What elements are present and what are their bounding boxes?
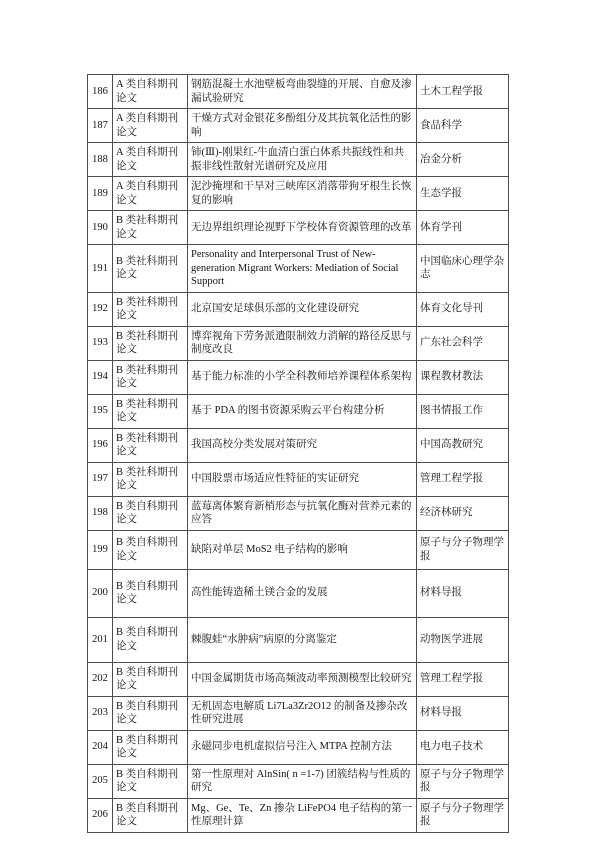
title-cell: 第一性原理对 AlnSin( n =1-7) 团簇结构与性质的研究 — [188, 764, 417, 798]
journal-cell: 广东社会科学 — [417, 326, 509, 360]
row-number: 203 — [88, 696, 113, 730]
row-number: 194 — [88, 360, 113, 394]
table-row: 190 B 类社科期刊论文 无边界组织理论视野下学校体育资源管理的改革 体育学刊 — [88, 211, 509, 245]
title-cell: 基于能力标准的小学全科教师培养课程体系架构 — [188, 360, 417, 394]
row-number: 188 — [88, 143, 113, 177]
title-cell: 干燥方式对金银花多酚组分及其抗氧化活性的影响 — [188, 109, 417, 143]
title-cell: 铈(Ⅲ)-刚果红-牛血清白蛋白体系共振线性和共振非线性散射光谱研究及应用 — [188, 143, 417, 177]
journal-cell: 冶金分析 — [417, 143, 509, 177]
row-number: 201 — [88, 617, 113, 662]
category-cell: B 类社科期刊论文 — [113, 245, 188, 293]
title-cell: 永磁同步电机虚拟信号注入 MTPA 控制方法 — [188, 730, 417, 764]
category-cell: B 类自科期刊论文 — [113, 696, 188, 730]
publications-table: 186 A 类自科期刊论文 钢筋混凝土水池壁板弯曲裂缝的开展、自愈及渗漏试验研究… — [87, 74, 509, 833]
row-number: 187 — [88, 109, 113, 143]
title-cell: 无边界组织理论视野下学校体育资源管理的改革 — [188, 211, 417, 245]
title-cell: 博弈视角下劳务派遣限制效力消解的路径反思与制度改良 — [188, 326, 417, 360]
journal-cell: 电力电子技术 — [417, 730, 509, 764]
category-cell: B 类社科期刊论文 — [113, 462, 188, 496]
journal-cell: 中国高教研究 — [417, 428, 509, 462]
row-number: 195 — [88, 394, 113, 428]
journal-cell: 经济林研究 — [417, 496, 509, 530]
category-cell: B 类自科期刊论文 — [113, 730, 188, 764]
table-row: 203 B 类自科期刊论文 无机固态电解质 Li7La3Zr2O12 的制备及掺… — [88, 696, 509, 730]
table-row: 191 B 类社科期刊论文 Personality and Interperso… — [88, 245, 509, 293]
journal-cell: 体育学刊 — [417, 211, 509, 245]
row-number: 186 — [88, 75, 113, 109]
journal-cell: 材料导报 — [417, 696, 509, 730]
table-row: 193 B 类社科期刊论文 博弈视角下劳务派遣限制效力消解的路径反思与制度改良 … — [88, 326, 509, 360]
title-cell: 北京国安足球俱乐部的文化建设研究 — [188, 292, 417, 326]
document-page: 186 A 类自科期刊论文 钢筋混凝土水池壁板弯曲裂缝的开展、自愈及渗漏试验研究… — [0, 0, 595, 842]
table-row: 186 A 类自科期刊论文 钢筋混凝土水池壁板弯曲裂缝的开展、自愈及渗漏试验研究… — [88, 75, 509, 109]
journal-cell: 原子与分子物理学报 — [417, 530, 509, 569]
journal-cell: 食品科学 — [417, 109, 509, 143]
journal-cell: 原子与分子物理学报 — [417, 798, 509, 832]
journal-cell: 土木工程学报 — [417, 75, 509, 109]
journal-cell: 动物医学进展 — [417, 617, 509, 662]
row-number: 200 — [88, 569, 113, 617]
title-cell: 中国股票市场适应性特征的实证研究 — [188, 462, 417, 496]
row-number: 191 — [88, 245, 113, 293]
row-number: 190 — [88, 211, 113, 245]
row-number: 198 — [88, 496, 113, 530]
category-cell: A 类自科期刊论文 — [113, 143, 188, 177]
title-cell: 无机固态电解质 Li7La3Zr2O12 的制备及掺杂改性研究进展 — [188, 696, 417, 730]
category-cell: B 类社科期刊论文 — [113, 326, 188, 360]
table-row: 204 B 类自科期刊论文 永磁同步电机虚拟信号注入 MTPA 控制方法 电力电… — [88, 730, 509, 764]
journal-cell: 课程教材教法 — [417, 360, 509, 394]
category-cell: B 类自科期刊论文 — [113, 798, 188, 832]
journal-cell: 中国临床心理学杂志 — [417, 245, 509, 293]
journal-cell: 材料导报 — [417, 569, 509, 617]
category-cell: B 类社科期刊论文 — [113, 428, 188, 462]
row-number: 206 — [88, 798, 113, 832]
title-cell: 缺陷对单层 MoS2 电子结构的影响 — [188, 530, 417, 569]
category-cell: B 类社科期刊论文 — [113, 211, 188, 245]
row-number: 189 — [88, 177, 113, 211]
category-cell: B 类自科期刊论文 — [113, 496, 188, 530]
table-row: 199 B 类自科期刊论文 缺陷对单层 MoS2 电子结构的影响 原子与分子物理… — [88, 530, 509, 569]
table-row: 197 B 类社科期刊论文 中国股票市场适应性特征的实证研究 管理工程学报 — [88, 462, 509, 496]
journal-cell: 图书情报工作 — [417, 394, 509, 428]
table-row: 196 B 类社科期刊论文 我国高校分类发展对策研究 中国高教研究 — [88, 428, 509, 462]
category-cell: A 类自科期刊论文 — [113, 177, 188, 211]
table-row: 195 B 类社科期刊论文 基于 PDA 的图书资源采购云平台构建分析 图书情报… — [88, 394, 509, 428]
publications-table-body: 186 A 类自科期刊论文 钢筋混凝土水池壁板弯曲裂缝的开展、自愈及渗漏试验研究… — [88, 75, 509, 833]
journal-cell: 管理工程学报 — [417, 662, 509, 696]
journal-cell: 管理工程学报 — [417, 462, 509, 496]
table-row: 200 B 类自科期刊论文 高性能铸造稀土镁合金的发展 材料导报 — [88, 569, 509, 617]
category-cell: B 类社科期刊论文 — [113, 394, 188, 428]
row-number: 193 — [88, 326, 113, 360]
category-cell: B 类社科期刊论文 — [113, 292, 188, 326]
table-row: 188 A 类自科期刊论文 铈(Ⅲ)-刚果红-牛血清白蛋白体系共振线性和共振非线… — [88, 143, 509, 177]
category-cell: B 类社科期刊论文 — [113, 360, 188, 394]
title-cell: Mg、Ge、Te、Zn 掺杂 LiFePO4 电子结构的第一性原理计算 — [188, 798, 417, 832]
category-cell: B 类自科期刊论文 — [113, 530, 188, 569]
title-cell: 泥沙掩埋和干旱对三峡库区消落带狗牙根生长恢复的影响 — [188, 177, 417, 211]
title-cell: 中国金属期货市场高频波动率预测模型比较研究 — [188, 662, 417, 696]
row-number: 204 — [88, 730, 113, 764]
category-cell: B 类自科期刊论文 — [113, 662, 188, 696]
table-row: 192 B 类社科期刊论文 北京国安足球俱乐部的文化建设研究 体育文化导刊 — [88, 292, 509, 326]
title-cell: 蓝莓离体繁育新梢形态与抗氧化酶对营养元素的应答 — [188, 496, 417, 530]
title-cell: 基于 PDA 的图书资源采购云平台构建分析 — [188, 394, 417, 428]
row-number: 205 — [88, 764, 113, 798]
title-cell: 钢筋混凝土水池壁板弯曲裂缝的开展、自愈及渗漏试验研究 — [188, 75, 417, 109]
table-row: 206 B 类自科期刊论文 Mg、Ge、Te、Zn 掺杂 LiFePO4 电子结… — [88, 798, 509, 832]
table-row: 201 B 类自科期刊论文 棘腹蛙“水肿病”病原的分离鉴定 动物医学进展 — [88, 617, 509, 662]
category-cell: B 类自科期刊论文 — [113, 617, 188, 662]
category-cell: A 类自科期刊论文 — [113, 109, 188, 143]
table-row: 194 B 类社科期刊论文 基于能力标准的小学全科教师培养课程体系架构 课程教材… — [88, 360, 509, 394]
category-cell: A 类自科期刊论文 — [113, 75, 188, 109]
row-number: 197 — [88, 462, 113, 496]
row-number: 202 — [88, 662, 113, 696]
table-row: 189 A 类自科期刊论文 泥沙掩埋和干旱对三峡库区消落带狗牙根生长恢复的影响 … — [88, 177, 509, 211]
title-cell: Personality and Interpersonal Trust of N… — [188, 245, 417, 293]
table-row: 205 B 类自科期刊论文 第一性原理对 AlnSin( n =1-7) 团簇结… — [88, 764, 509, 798]
journal-cell: 原子与分子物理学报 — [417, 764, 509, 798]
title-cell: 棘腹蛙“水肿病”病原的分离鉴定 — [188, 617, 417, 662]
table-row: 198 B 类自科期刊论文 蓝莓离体繁育新梢形态与抗氧化酶对营养元素的应答 经济… — [88, 496, 509, 530]
journal-cell: 体育文化导刊 — [417, 292, 509, 326]
row-number: 199 — [88, 530, 113, 569]
title-cell: 我国高校分类发展对策研究 — [188, 428, 417, 462]
row-number: 196 — [88, 428, 113, 462]
journal-cell: 生态学报 — [417, 177, 509, 211]
row-number: 192 — [88, 292, 113, 326]
table-row: 187 A 类自科期刊论文 干燥方式对金银花多酚组分及其抗氧化活性的影响 食品科… — [88, 109, 509, 143]
category-cell: B 类自科期刊论文 — [113, 569, 188, 617]
title-cell: 高性能铸造稀土镁合金的发展 — [188, 569, 417, 617]
category-cell: B 类自科期刊论文 — [113, 764, 188, 798]
table-row: 202 B 类自科期刊论文 中国金属期货市场高频波动率预测模型比较研究 管理工程… — [88, 662, 509, 696]
